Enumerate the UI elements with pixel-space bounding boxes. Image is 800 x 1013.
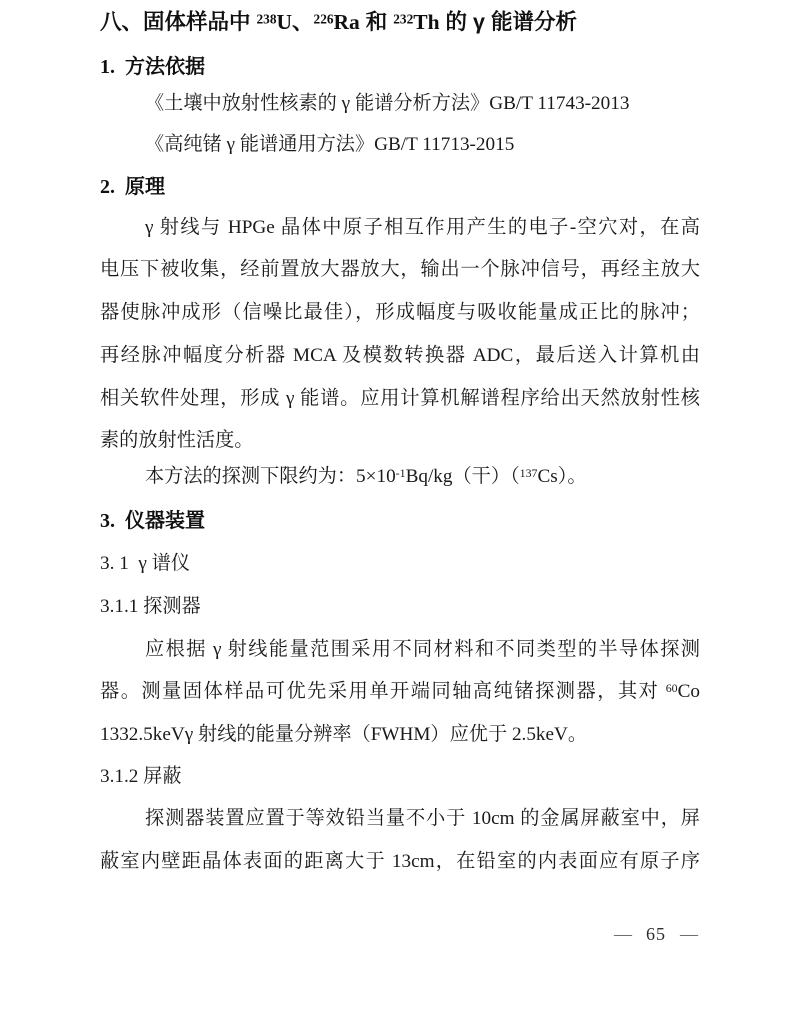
subheading-shielding: 3.1.2 屏蔽 (100, 763, 182, 790)
principle-line-5: 相关软件处理，形成 γ 能谱。应用计算机解谱程序给出天然放射性核 (100, 385, 700, 412)
document-page: 八、固体样品中 238U、226Ra 和 232Th 的 γ 能谱分析 1.方法… (0, 0, 800, 1013)
heading-principle: 2.原理 (100, 174, 165, 201)
detector-line-3: 1332.5keVγ 射线的能量分辨率（FWHM）应优于 2.5keV。 (100, 721, 587, 748)
footer-dash-left: — (614, 924, 632, 945)
subheading-spectrometer: 3. 1 γ 谱仪 (100, 550, 190, 577)
reference-hpge-standard: 《高纯锗 γ 能谱通用方法》GB/T 11713-2015 (100, 131, 514, 158)
subheading-detector: 3.1.1 探测器 (100, 593, 201, 620)
page-number: 65 (646, 924, 666, 945)
document-title: 八、固体样品中 238U、226Ra 和 232Th 的 γ 能谱分析 (100, 8, 577, 36)
shielding-line-1: 探测器装置应置于等效铅当量不小于 10cm 的金属屏蔽室中，屏 (100, 805, 700, 832)
principle-line-1: γ 射线与 HPGe 晶体中原子相互作用产生的电子-空穴对，在高 (100, 214, 700, 241)
heading-apparatus: 3.仪器装置 (100, 508, 205, 535)
detector-line-1: 应根据 γ 射线能量范围采用不同材料和不同类型的半导体探测 (100, 636, 700, 663)
footer-dash-right: — (680, 924, 698, 945)
principle-line-4: 再经脉冲幅度分析器 MCA 及模数转换器 ADC，最后送入计算机由 (100, 342, 700, 369)
principle-line-2: 电压下被收集，经前置放大器放大，输出一个脉冲信号，再经主放大 (100, 256, 700, 283)
principle-line-3: 器使脉冲成形（信噪比最佳），形成幅度与吸收能量成正比的脉冲； (100, 299, 700, 326)
page-footer: — 65 — (614, 924, 698, 945)
reference-soil-standard: 《土壤中放射性核素的 γ 能谱分析方法》GB/T 11743-2013 (100, 90, 629, 117)
detector-line-2: 器。测量固体样品可优先采用单开端同轴高纯锗探测器，其对 60Co (100, 678, 700, 705)
heading-method-basis: 1.方法依据 (100, 54, 205, 81)
shielding-line-2: 蔽室内壁距晶体表面的距离大于 13cm，在铅室的内表面应有原子序 (100, 848, 700, 875)
principle-line-6: 素的放射性活度。 (100, 427, 254, 454)
detection-limit-line: 本方法的探测下限约为：5×10-1Bq/kg（干）（137Cs）。 (100, 463, 587, 490)
